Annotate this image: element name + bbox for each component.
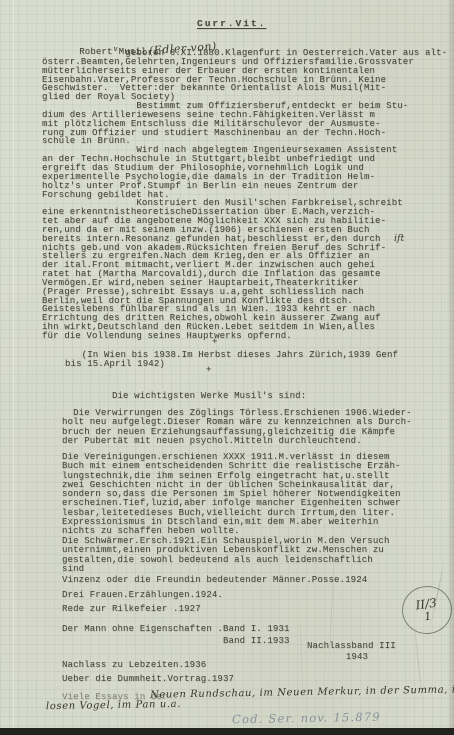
scan-edge-bottom	[0, 728, 454, 735]
work-vereinigungen: Die Vereinigungen.erschienen XXXX 1911.M…	[62, 453, 401, 537]
archive-pencil-stamp: II/3 1	[399, 583, 454, 637]
plus-mark-top: +	[212, 338, 218, 347]
plus-mark-bottom: +	[206, 366, 212, 375]
paper-crease-line	[299, 598, 304, 718]
work-drei-frauen: Drei Frauen.Erzählungen.1924.	[62, 591, 223, 600]
work-dummheit: Ueber die Dummheit.Vortrag.1937	[62, 675, 234, 684]
page-title: Curr.Vit.	[197, 20, 266, 29]
paper-fold-edge	[13, 0, 14, 735]
work-rilkefeier: Rede zur Rilkefeier .1927	[62, 605, 201, 614]
scan-shadow-right	[447, 0, 454, 735]
wien-note: (In Wien bis 1938.Im Herbst dieses Jahrs…	[65, 351, 398, 369]
margin-correction-ift: ift	[394, 233, 404, 244]
shelfmark-pencil-note: Cod. Ser. nov. 15.879	[232, 710, 381, 727]
work-mann-ohne-eigenschaften: Der Mann ohne Eigenschaften .Band I. 193…	[62, 623, 290, 647]
work-vinzenz: Vinzenz oder die Freundin bedeutender Mä…	[62, 576, 367, 585]
essays-handwritten-line2: losen Vogel, im Pan u.a.	[46, 699, 181, 712]
work-nachlass-lebzeiten: Nachlass zu Lebzeiten.1936	[62, 661, 206, 670]
work-schwaermer: Die Schwärmer.Ersch.1921.Ein Schauspiel,…	[62, 537, 390, 574]
work-toerless: Die Verwirrungen des Zöglings Törless.Er…	[62, 409, 412, 446]
work-nachlassband-iii: Nachlassband III 1943	[307, 641, 396, 663]
works-heading: Die wichtigsten Werke Musil's sind:	[62, 392, 306, 401]
bio-paragraphs: geboren 6.XI.1880.Klagenfurt in Oesterre…	[42, 49, 447, 341]
scanned-cv-page: Curr.Vit. RobertvMusil(Edler von) gebore…	[0, 0, 454, 735]
